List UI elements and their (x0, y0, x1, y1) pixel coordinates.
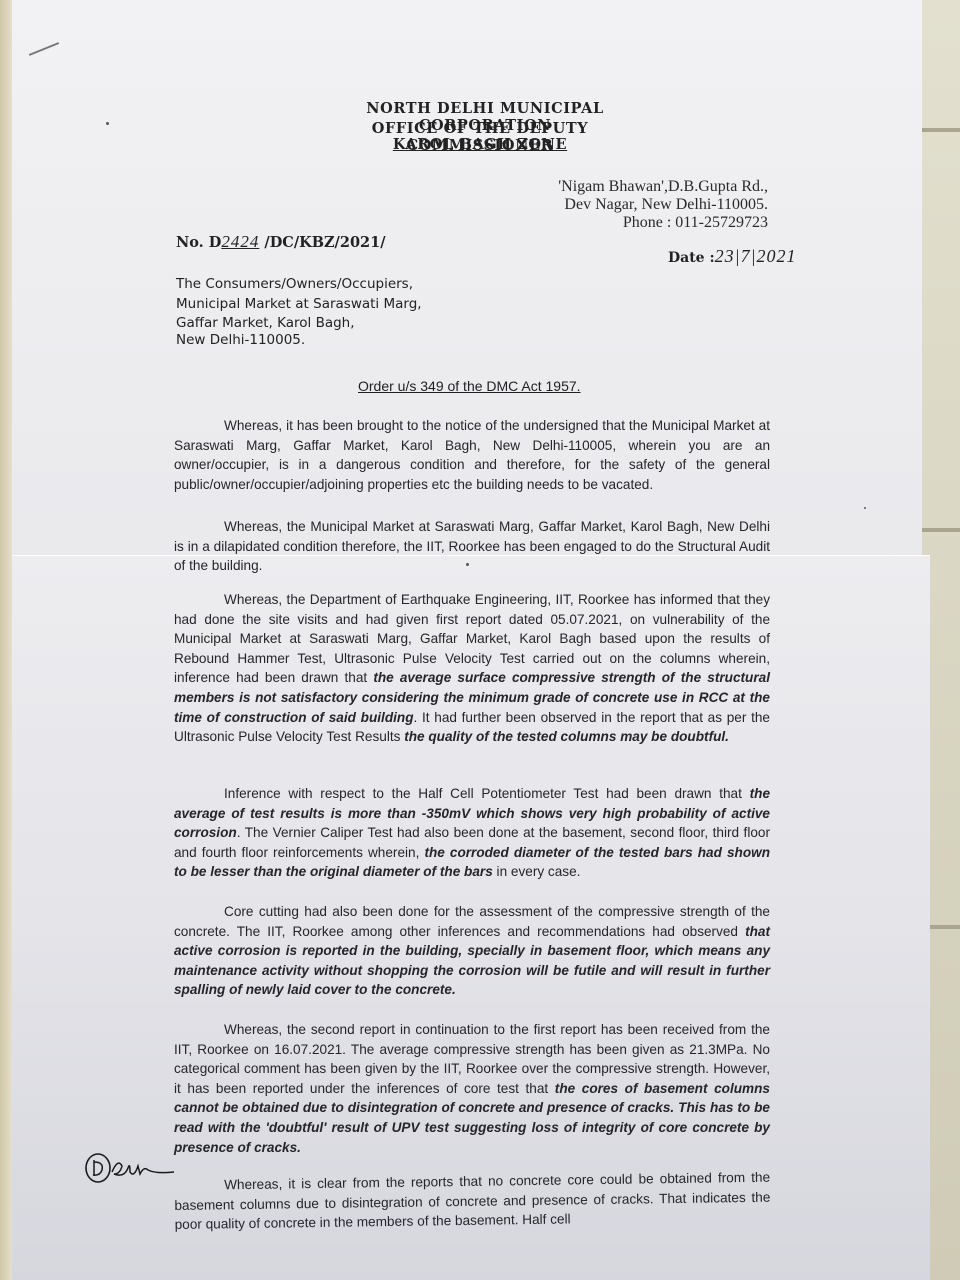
paragraph-5-text: Core cutting had also been done for the … (174, 904, 770, 939)
paragraph-2: Whereas, the Municipal Market at Saraswa… (174, 517, 770, 576)
date-handwritten-value: 23|7|2021 (715, 246, 797, 266)
paragraph-4: Inference with respect to the Half Cell … (174, 784, 770, 882)
paragraph-3-emphasis: the quality of the tested columns may be… (404, 729, 729, 744)
signature-initials-icon (84, 1148, 179, 1188)
reference-prefix: No. D (176, 234, 221, 251)
recipient-line-1: The Consumers/Owners/Occupiers, (176, 276, 413, 292)
paragraph-7: Whereas, it is clear from the reports th… (174, 1168, 771, 1235)
header-zone: KAROL BAGH ZONE (300, 136, 660, 153)
reference-number: No. D2424 /DC/KBZ/2021/ (176, 232, 386, 252)
reference-handwritten-number: 2424 (221, 232, 259, 251)
address-line-1: 'Nigam Bhawan',D.B.Gupta Rd., (558, 178, 768, 196)
recipient-line-4: New Delhi-110005. (176, 332, 305, 348)
date-label: Date : (668, 250, 715, 266)
paper-speck (106, 122, 109, 125)
order-subject: Order u/s 349 of the DMC Act 1957. (358, 378, 581, 394)
paragraph-6: Whereas, the second report in continuati… (174, 1020, 770, 1157)
paragraph-4-text: in every case. (493, 864, 581, 879)
address-line-2: Dev Nagar, New Delhi-110005. (564, 196, 768, 214)
document-date: Date :23|7|2021 (668, 246, 797, 267)
address-phone: Phone : 011-25729723 (623, 214, 768, 232)
paragraph-1: Whereas, it has been brought to the noti… (174, 416, 770, 494)
reference-suffix: /DC/KBZ/2021/ (264, 234, 385, 251)
paragraph-5: Core cutting had also been done for the … (174, 902, 770, 1000)
pen-mark (29, 42, 59, 56)
recipient-line-3: Gaffar Market, Karol Bagh, (176, 315, 355, 331)
recipient-line-2: Municipal Market at Saraswati Marg, (176, 296, 422, 312)
document: NORTH DELHI MUNICIPAL CORPORATION OFFICE… (0, 0, 960, 1280)
paragraph-3: Whereas, the Department of Earthquake En… (174, 590, 770, 747)
paragraph-4-text: Inference with respect to the Half Cell … (224, 786, 750, 801)
paper-speck (466, 563, 469, 566)
paper-speck (864, 507, 866, 509)
